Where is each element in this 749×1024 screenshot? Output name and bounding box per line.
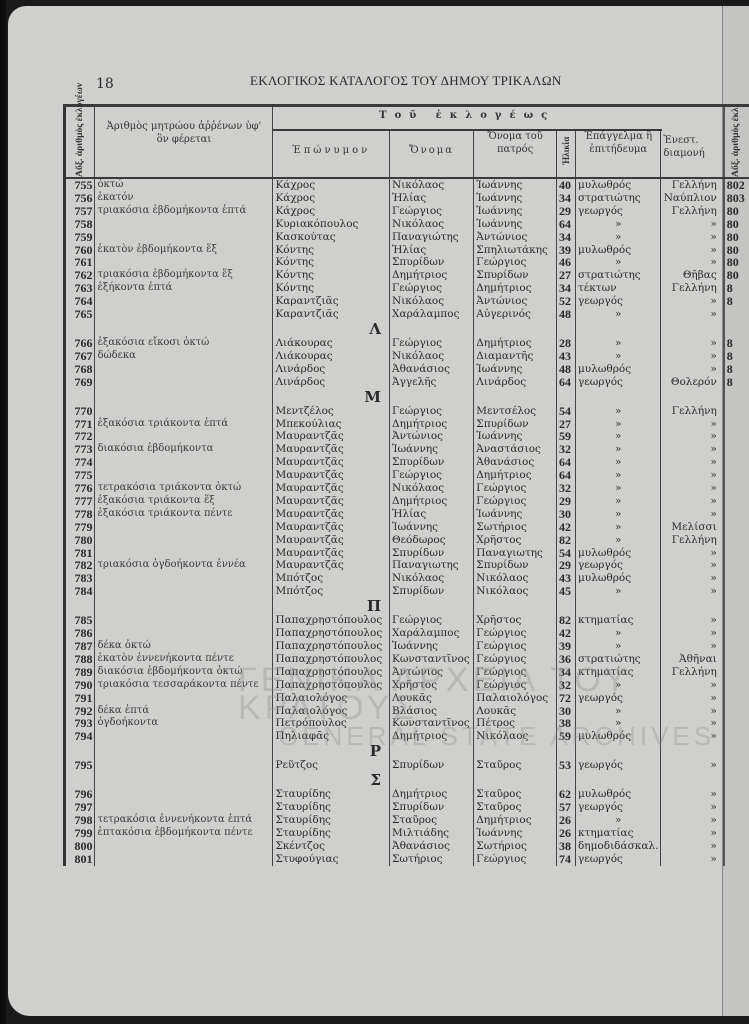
voter-occupation: τέκτων (575, 282, 660, 295)
voter-residence: » (661, 585, 724, 598)
registry-number-words (95, 521, 273, 534)
voter-occupation: μυλωθρός (575, 730, 660, 743)
voter-residence: » (661, 853, 724, 866)
voter-surname: Σταυρίδης (273, 801, 390, 814)
voter-first-name: Ἀντώνιος (390, 430, 474, 443)
voter-seq-number: 780 (65, 534, 95, 547)
voter-occupation: » (575, 585, 660, 598)
voter-first-name: Κωνσταντῖνος (390, 653, 474, 666)
voter-surname: Παπαχρηστόπουλος (273, 679, 390, 692)
voter-row: 770ΜεντζέλοςΓεώργιοςΜεντσέλος54»Γελλήνη (65, 405, 749, 418)
voter-first-name: Νικόλαος (390, 218, 474, 231)
voter-age: 39 (556, 640, 575, 653)
registry-number-words (95, 405, 273, 418)
voter-occupation: » (575, 418, 660, 431)
voter-surname: Λιάκουρας (273, 337, 390, 350)
voter-row: 766ἑξακόσια εἴκοσι ὀκτώΛιάκουραςΓεώργιος… (65, 337, 749, 350)
voter-row: 787δέκα ὀκτώΠαπαχρηστόπουλοςἸωάννηςΓεώργ… (65, 640, 749, 653)
father-name: Νικόλαος (474, 585, 557, 598)
page-number: 18 (96, 76, 114, 92)
registry-number-words: διακόσια ἑβδομήκοντα ὀκτώ (95, 666, 273, 679)
voter-age: 34 (556, 666, 575, 679)
voter-occupation: γεωργός (575, 801, 660, 814)
voter-seq-number: 788 (65, 653, 95, 666)
next-page-seq-fragment (724, 547, 749, 560)
section-letter: Ρ (273, 743, 390, 759)
voter-first-name: Χαράλαμπος (390, 627, 474, 640)
voter-age: 64 (556, 218, 575, 231)
voter-first-name: Κωνσταντῖνος (390, 717, 474, 730)
next-page-seq-fragment: 80 (724, 256, 749, 269)
voter-occupation: γεωργός (575, 376, 660, 389)
voter-first-name: Βλάσιος (390, 705, 474, 718)
next-page-seq-fragment (724, 730, 749, 743)
voter-first-name: Ἀθανάσιος (390, 840, 474, 853)
voter-first-name: Θεόδωρος (390, 534, 474, 547)
voter-occupation: μυλωθρός (575, 788, 660, 801)
registry-number-words (95, 376, 273, 389)
voter-age: 74 (556, 853, 575, 866)
voter-surname: Κάχρος (273, 178, 390, 192)
next-page-seq-fragment (724, 666, 749, 679)
voter-age: 45 (556, 585, 575, 598)
next-page-seq-fragment: 803 (724, 192, 749, 205)
voter-surname: Κόντης (273, 269, 390, 282)
next-page-seq-fragment (724, 430, 749, 443)
voter-first-name: Νικόλαος (390, 178, 474, 192)
voter-row: 778ἑξακόσια τριάκοντα πέντεΜαυραντζᾶςἨλί… (65, 508, 749, 521)
voter-occupation: στρατιώτης (575, 269, 660, 282)
voter-first-name: Σπυρίδων (390, 801, 474, 814)
voter-occupation: » (575, 456, 660, 469)
voter-seq-number: 791 (65, 692, 95, 705)
voter-first-name: Ἀθανάσιος (390, 363, 474, 376)
voter-list-table-wrap: Αὔξ. ἀριθμὸς ἐκλογέων Ἀριθμὸς μητρώου ἀῤ… (63, 107, 749, 866)
registry-number-words: διακόσια ἑβδομήκοντα (95, 443, 273, 456)
father-name: Ἰωάννης (474, 218, 557, 231)
voter-row: 794ΠηλιαφᾶςΔημήτριοςΝικόλαος59μυλωθρός» (65, 730, 749, 743)
father-name: Γεώργιος (474, 853, 557, 866)
next-page-seq-fragment (724, 443, 749, 456)
voter-occupation: » (575, 705, 660, 718)
voter-row: 762τριακόσια ἑβδομήκοντα ἕξΚόντηςΔημήτρι… (65, 269, 749, 282)
voter-first-name: Παναγιωτης (390, 559, 474, 572)
next-page-seq-fragment (724, 495, 749, 508)
next-page-seq-fragment: 80 (724, 244, 749, 257)
voter-residence: Γελλήνη (661, 282, 724, 295)
voter-first-name: Γεώργιος (390, 469, 474, 482)
next-page-seq-fragment (724, 640, 749, 653)
voter-surname: Παπαχρηστόπουλος (273, 653, 390, 666)
voter-row: 769ΛινάρδοςἈγγελῆςΛινάρδος64γεωργόςΘολερ… (65, 376, 749, 389)
next-page-seq-fragment (724, 814, 749, 827)
voter-first-name: Σπυρίδων (390, 456, 474, 469)
voter-seq-number: 790 (65, 679, 95, 692)
registry-number-words: ἑξακόσια τριάκοντα πέντε (95, 508, 273, 521)
book-spine-shadow (0, 0, 6, 1024)
father-name: Σταῦρος (474, 759, 557, 772)
father-name: Χρῆστος (474, 534, 557, 547)
father-name: Σωτήριος (474, 840, 557, 853)
voter-age: 40 (556, 178, 575, 192)
voter-row: 801ΣτυφούγιαςΣωτήριοςΓεώργιος74γεωργός» (65, 853, 749, 866)
voter-first-name: Δημήτριος (390, 418, 474, 431)
father-name: Σταῦρος (474, 788, 557, 801)
voter-occupation: » (575, 443, 660, 456)
voter-residence: Γελλήνη (661, 666, 724, 679)
voter-row: 790τριακόσια τεσσαράκοντα πέντεΠαπαχρηστ… (65, 679, 749, 692)
voter-row: 756ἑκατόνΚάχροςἨλίαςἸωάννης34στρατιώτηςΝ… (65, 192, 749, 205)
voter-age: 32 (556, 482, 575, 495)
voter-occupation: γεωργός (575, 853, 660, 866)
next-page-seq-fragment: 8 (724, 350, 749, 363)
voter-seq-number: 769 (65, 376, 95, 389)
next-page-seq-fragment (724, 482, 749, 495)
father-name: Διαμαντῆς (474, 350, 557, 363)
voter-age: 26 (556, 814, 575, 827)
voter-occupation: μυλωθρός (575, 572, 660, 585)
next-page-seq-fragment (724, 521, 749, 534)
voter-surname: Κόντης (273, 282, 390, 295)
registry-number-words: τριακόσια ἑβδομήκοντα ἕξ (95, 269, 273, 282)
voter-occupation: » (575, 350, 660, 363)
voter-first-name: Νικόλαος (390, 350, 474, 363)
alphabet-section-row: Ρ (65, 743, 749, 759)
voter-row: 776τετρακόσια τριάκοντα ὀκτώΜαυραντζᾶςΝι… (65, 482, 749, 495)
voter-age: 32 (556, 679, 575, 692)
voter-age: 38 (556, 840, 575, 853)
voter-first-name: Χαράλαμπος (390, 308, 474, 321)
father-name: Ἰωάννης (474, 178, 557, 192)
voter-age: 34 (556, 192, 575, 205)
voter-row: 797ΣταυρίδηςΣπυρίδωνΣταῦρος57γεωργός» (65, 801, 749, 814)
voter-residence: Ναύπλιον (661, 192, 724, 205)
voter-age: 26 (556, 827, 575, 840)
voter-surname: Λινάρδος (273, 363, 390, 376)
father-name: Δημήτριος (474, 814, 557, 827)
registry-number-words: δέκα ὀκτώ (95, 640, 273, 653)
voter-residence: » (661, 443, 724, 456)
voter-row: 788ἑκατὸν ἐννενήκοντα πέντεΠαπαχρηστόπου… (65, 653, 749, 666)
voter-residence: » (661, 614, 724, 627)
next-page-seq-fragment (724, 788, 749, 801)
voter-row: 760ἑκατὸν ἑβδομήκοντα ἕξΚόντηςἨλίαςΣπηλι… (65, 244, 749, 257)
voter-row: 772ΜαυραντζᾶςἈντώνιοςἸωάννης59»» (65, 430, 749, 443)
voter-residence: » (661, 482, 724, 495)
registry-number-words (95, 534, 273, 547)
voter-row: 786ΠαπαχρηστόπουλοςΧαράλαμποςΓεώργιος42»… (65, 627, 749, 640)
voter-seq-number: 800 (65, 840, 95, 853)
voter-row: 795ΡεῦτζοςΣπυρίδωνΣταῦρος53γεωργός» (65, 759, 749, 772)
voter-occupation: » (575, 482, 660, 495)
father-name: Γεώργιος (474, 653, 557, 666)
voter-age: 29 (556, 495, 575, 508)
voter-age: 30 (556, 508, 575, 521)
father-name: Σπηλιωτάκης (474, 244, 557, 257)
voter-rows: 755ὀκτώΚάχροςΝικόλαοςἸωάννης40μυλωθρόςΓε… (65, 178, 749, 866)
next-page-seq-fragment (724, 585, 749, 598)
voter-row: 798τετρακόσια ἐννενήκοντα ἑπτάΣταυρίδηςΣ… (65, 814, 749, 827)
voter-residence: » (661, 572, 724, 585)
voter-residence: » (661, 508, 724, 521)
voter-surname: Μαυραντζᾶς (273, 482, 390, 495)
voter-first-name: Νικόλαος (390, 572, 474, 585)
voter-seq-number: 801 (65, 853, 95, 866)
voter-row: 764ΚαραντζιᾶςΝικόλαοςἈντώνιος52γεωργός»8 (65, 295, 749, 308)
voter-residence: » (661, 308, 724, 321)
voter-residence: Μελίσσι (661, 521, 724, 534)
registry-number-words: ἑξακόσια εἴκοσι ὀκτώ (95, 337, 273, 350)
registry-number-words (95, 218, 273, 231)
next-page-seq-fragment (724, 801, 749, 814)
voter-residence: » (661, 218, 724, 231)
registry-number-words (95, 801, 273, 814)
header-age: Ἡλικία (556, 130, 575, 178)
voter-residence: » (661, 363, 724, 376)
header-occupation: Ἐπάγγελμα ἢ ἐπιτήδευμα (575, 130, 660, 178)
alphabet-section-row: Μ (65, 389, 749, 405)
registry-number-words: ἑπτακόσια ἑβδομήκοντα πέντε (95, 827, 273, 840)
father-name: Ἰωάννης (474, 363, 557, 376)
voter-first-name: Ἀντώνιος (390, 666, 474, 679)
registry-number-words (95, 730, 273, 743)
voter-surname: Παπαχρηστόπουλος (273, 666, 390, 679)
voter-first-name: Ἠλίας (390, 508, 474, 521)
father-name: Παλαιολόγος (474, 692, 557, 705)
voter-residence: » (661, 295, 724, 308)
voter-occupation: δημοδιδάσκαλ. (575, 840, 660, 853)
voter-seq-number: 766 (65, 337, 95, 350)
father-name: Σπυρίδων (474, 269, 557, 282)
voter-first-name: Σπυρίδων (390, 759, 474, 772)
voter-residence: » (661, 788, 724, 801)
next-page-seq-fragment: 80 (724, 218, 749, 231)
voter-row: 792δέκα ἑπτάΠαλαιολόγοςΒλάσιοςΛουκᾶς30»» (65, 705, 749, 718)
voter-seq-number: 794 (65, 730, 95, 743)
registry-number-words (95, 788, 273, 801)
father-name: Μεντσέλος (474, 405, 557, 418)
father-name: Ἰωάννης (474, 827, 557, 840)
registry-number-words (95, 840, 273, 853)
voter-surname: Παπαχρηστόπουλος (273, 627, 390, 640)
voter-first-name: Γεώργιος (390, 405, 474, 418)
voter-age: 53 (556, 759, 575, 772)
voter-seq-number: 799 (65, 827, 95, 840)
voter-occupation: κτηματίας (575, 827, 660, 840)
father-name: Σπυρίδων (474, 418, 557, 431)
father-name: Ἰωάννης (474, 192, 557, 205)
voter-row: 774ΜαυραντζᾶςΣπυρίδωνἈθανάσιος64»» (65, 456, 749, 469)
voter-residence: » (661, 430, 724, 443)
voter-seq-number: 765 (65, 308, 95, 321)
father-name: Σταῦρος (474, 801, 557, 814)
father-name: Παναγιωτης (474, 547, 557, 560)
next-page-seq-fragment (724, 559, 749, 572)
voter-surname: Μαυραντζᾶς (273, 559, 390, 572)
voter-residence: » (661, 627, 724, 640)
voter-age: 72 (556, 692, 575, 705)
voter-residence: » (661, 705, 724, 718)
registry-number-words: τετρακόσια ἐννενήκοντα ἑπτά (95, 814, 273, 827)
father-name: Νικόλαος (474, 730, 557, 743)
voter-residence: » (661, 456, 724, 469)
voter-residence: » (661, 717, 724, 730)
voter-residence: » (661, 350, 724, 363)
next-page-seq-fragment (724, 534, 749, 547)
voter-occupation: » (575, 814, 660, 827)
next-page-seq-fragment: 8 (724, 282, 749, 295)
voter-occupation: γεωργός (575, 295, 660, 308)
next-page-seq-fragment (724, 418, 749, 431)
voter-surname: Κάχρος (273, 205, 390, 218)
registry-number-words: ἑκατόν (95, 192, 273, 205)
voter-first-name: Ἰωάννης (390, 640, 474, 653)
voter-surname: Μαυραντζᾶς (273, 469, 390, 482)
voter-surname: Σταυρίδης (273, 788, 390, 801)
voter-row: 782τριακόσια ὀγδοήκοντα ἐννέαΜαυραντζᾶςΠ… (65, 559, 749, 572)
voter-row: 800ΣκέντζοςἈθανάσιοςΣωτήριος38δημοδιδάσκ… (65, 840, 749, 853)
voter-surname: Παλαιολόγος (273, 705, 390, 718)
voter-residence: » (661, 547, 724, 560)
voter-seq-number: 756 (65, 192, 95, 205)
voter-row: 785ΠαπαχρηστόπουλοςΓεώργιοςΧρῆστος82κτημ… (65, 614, 749, 627)
voter-seq-number: 779 (65, 521, 95, 534)
registry-number-words: ὀκτώ (95, 178, 273, 192)
voter-occupation: » (575, 256, 660, 269)
next-page-seq-fragment (724, 717, 749, 730)
voter-surname: Παπαχρηστόπουλος (273, 614, 390, 627)
father-name: Αὐγερινός (474, 308, 557, 321)
voter-residence: » (661, 692, 724, 705)
next-page-seq-fragment (724, 614, 749, 627)
voter-row: 767δώδεκαΛιάκουραςΝικόλαοςΔιαμαντῆς43»»8 (65, 350, 749, 363)
next-page-seq-fragment: 80 (724, 205, 749, 218)
registry-number-words: τριακόσια ὀγδοήκοντα ἐννέα (95, 559, 273, 572)
voter-surname: Κυριακόπουλος (273, 218, 390, 231)
voter-residence: » (661, 469, 724, 482)
next-page-seq-fragment (724, 679, 749, 692)
voter-surname: Λινάρδος (273, 376, 390, 389)
voter-row: 781ΜαυραντζᾶςΣπυρίδωνΠαναγιωτης54μυλωθρό… (65, 547, 749, 560)
voter-first-name: Γεώργιος (390, 205, 474, 218)
voter-surname: Μαυραντζᾶς (273, 521, 390, 534)
voter-surname: Πετρόπουλος (273, 717, 390, 730)
registry-number-words (95, 456, 273, 469)
voter-residence: Γελλήνη (661, 205, 724, 218)
voter-row: 784ΜπότζοςΣπυρίδωνΝικόλαος45»» (65, 585, 749, 598)
voter-residence: » (661, 759, 724, 772)
voter-age: 28 (556, 337, 575, 350)
voter-row: 758ΚυριακόπουλοςΝικόλαοςἸωάννης64»»80 (65, 218, 749, 231)
header-voter-group: Τοῦ ἐκλογέως (273, 107, 661, 130)
voter-occupation: » (575, 405, 660, 418)
voter-surname: Στυφούγιας (273, 853, 390, 866)
voter-row: 771ἑξακόσια τριάκοντα ἑπτάΜπεκούλιαςΔημή… (65, 418, 749, 431)
voter-row: 799ἑπτακόσια ἑβδομήκοντα πέντεΣταυρίδηςΜ… (65, 827, 749, 840)
registry-number-words (95, 627, 273, 640)
voter-seq-number: 768 (65, 363, 95, 376)
voter-row: 768ΛινάρδοςἈθανάσιοςἸωάννης48μυλωθρός»8 (65, 363, 749, 376)
header-seq: Αὔξ. ἀριθμὸς ἐκλογέων (65, 107, 95, 178)
voter-first-name: Γεώργιος (390, 337, 474, 350)
next-page-seq-fragment: 8 (724, 295, 749, 308)
registry-number-words (95, 430, 273, 443)
voter-occupation: » (575, 231, 660, 244)
father-name: Ἀντώνιος (474, 295, 557, 308)
alphabet-section-row: Λ (65, 321, 749, 337)
registry-number-words: ἑξακόσια τριάκοντα ἕξ (95, 495, 273, 508)
section-letter: Λ (273, 321, 390, 337)
next-page-seq-fragment (724, 508, 749, 521)
voter-row: 780ΜαυραντζᾶςΘεόδωροςΧρῆστος82»Γελλήνη (65, 534, 749, 547)
voter-residence: » (661, 827, 724, 840)
voter-seq-number: 770 (65, 405, 95, 418)
voter-row: 796ΣταυρίδηςΔημήτριοςΣταῦρος62μυλωθρός» (65, 788, 749, 801)
next-page-seq-fragment (724, 456, 749, 469)
registry-number-words: ἑκατὸν ἐννενήκοντα πέντε (95, 653, 273, 666)
next-page-seq-fragment (724, 692, 749, 705)
voter-row: 759ΚασκούταςΠαναγιώτηςἈντώνιος34»»80 (65, 231, 749, 244)
voter-row: 761ΚόντηςΣπυρίδωνΓεώργιος46»»80 (65, 256, 749, 269)
next-page-seq-fragment (724, 705, 749, 718)
next-page-seq-fragment: 8 (724, 376, 749, 389)
voter-first-name: Σπυρίδων (390, 547, 474, 560)
voter-age: 42 (556, 521, 575, 534)
voter-surname: Μαυραντζᾶς (273, 430, 390, 443)
voter-first-name: Σπυρίδων (390, 585, 474, 598)
voter-surname: Μαυραντζᾶς (273, 443, 390, 456)
header-right-seq: Αὔξ. ἀριθμὸς ἐκλογέων (724, 107, 749, 178)
registry-number-words (95, 547, 273, 560)
voter-surname: Μπεκούλιας (273, 418, 390, 431)
voter-first-name: Νικόλαος (390, 295, 474, 308)
voter-seq-number: 759 (65, 231, 95, 244)
voter-occupation: » (575, 495, 660, 508)
header-residence: Ἐνεστ. διαμονή (661, 107, 724, 178)
voter-occupation: » (575, 640, 660, 653)
father-name: Γεώργιος (474, 495, 557, 508)
page-title: ΕΚΛΟΓΙΚΟΣ ΚΑΤΑΛΟΓΟΣ ΤΟΥ ΔΗΜΟΥ ΤΡΙΚΑΛΩΝ (250, 73, 562, 89)
voter-residence: » (661, 256, 724, 269)
father-name: Σωτήριος (474, 521, 557, 534)
voter-surname: Σταυρίδης (273, 827, 390, 840)
registry-number-words: δώδεκα (95, 350, 273, 363)
voter-surname: Κόντης (273, 256, 390, 269)
voter-row: 757τριακόσια ἑβδομήκοντα ἑπτάΚάχροςΓεώργ… (65, 205, 749, 218)
father-name: Γεώργιος (474, 256, 557, 269)
voter-occupation: » (575, 717, 660, 730)
father-name: Ἰωάννης (474, 205, 557, 218)
voter-residence: Θῆβας (661, 269, 724, 282)
header-father: Ὄνομα τοῦ πατρός (474, 130, 557, 178)
voter-residence: » (661, 730, 724, 743)
voter-row: 779ΜαυραντζᾶςἸωάννηςΣωτήριος42»Μελίσσι (65, 521, 749, 534)
voter-occupation: μυλωθρός (575, 547, 660, 560)
voter-seq-number: 757 (65, 205, 95, 218)
voter-row: 783ΜπότζοςΝικόλαοςΝικόλαος43μυλωθρός» (65, 572, 749, 585)
voter-first-name: Ἀγγελῆς (390, 376, 474, 389)
voter-occupation: μυλωθρός (575, 178, 660, 192)
voter-occupation: γεωργός (575, 759, 660, 772)
voter-surname: Παπαχρηστόπουλος (273, 640, 390, 653)
header-surname: Ἐπώνυμον (273, 130, 390, 178)
voter-surname: Παλαιολόγος (273, 692, 390, 705)
voter-surname: Μαυραντζᾶς (273, 456, 390, 469)
voter-seq-number: 758 (65, 218, 95, 231)
voter-age: 82 (556, 534, 575, 547)
registry-number-words (95, 308, 273, 321)
voter-surname: Μαυραντζᾶς (273, 534, 390, 547)
